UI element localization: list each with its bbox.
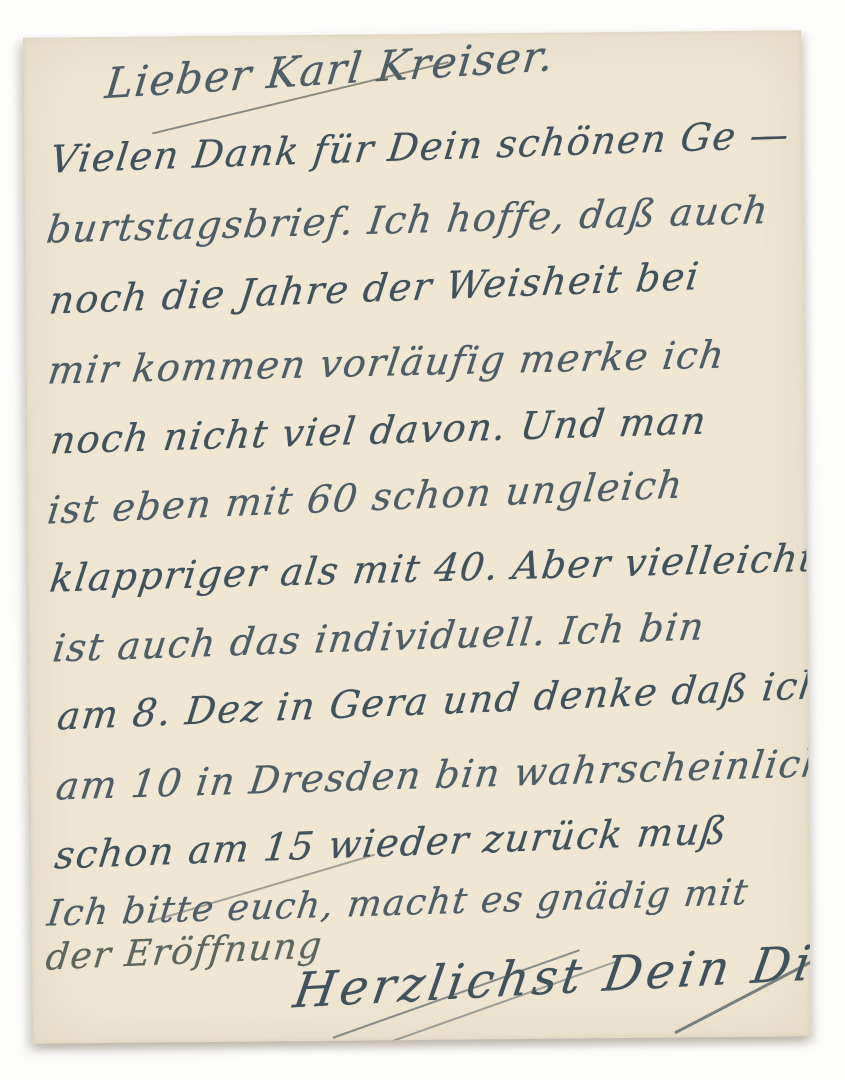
letter-line: am 8. Dez in Gera und denke daß ich xyxy=(55,663,811,739)
letter-line: burtstagsbrief. Ich hoffe, daß auch xyxy=(44,188,772,252)
letter-line: am 10 in Dresden bin wahrscheinlich xyxy=(54,741,811,809)
letter-line: mir kommen vorläufig merke ich xyxy=(45,333,728,393)
letter-line: ist auch das individuell. Ich bin xyxy=(50,604,707,670)
letter-line: klappriger als mit 40. Aber vielleicht xyxy=(47,536,810,601)
salutation-line: Lieber Karl Kreiser. xyxy=(103,31,557,108)
letter-line: schon am 15 wieder zurück muß xyxy=(52,808,730,877)
letter-line: noch nicht viel davon. Und man xyxy=(48,398,710,462)
letter-scan: Lieber Karl Kreiser. Vielen Dank für Dei… xyxy=(0,0,845,1080)
letter-line: Ich bitte euch, macht es gnädig mit xyxy=(45,872,751,935)
letter-line: ist eben mit 60 schon ungleich xyxy=(45,462,686,532)
signature-line: Herzlichst Dein Dix xyxy=(290,934,811,1020)
letter-line: Vielen Dank für Dein schönen Ge — xyxy=(48,112,793,181)
letter-paper: Lieber Karl Kreiser. Vielen Dank für Dei… xyxy=(23,30,811,1043)
letter-line: noch die Jahre der Weisheit bei xyxy=(47,254,702,323)
